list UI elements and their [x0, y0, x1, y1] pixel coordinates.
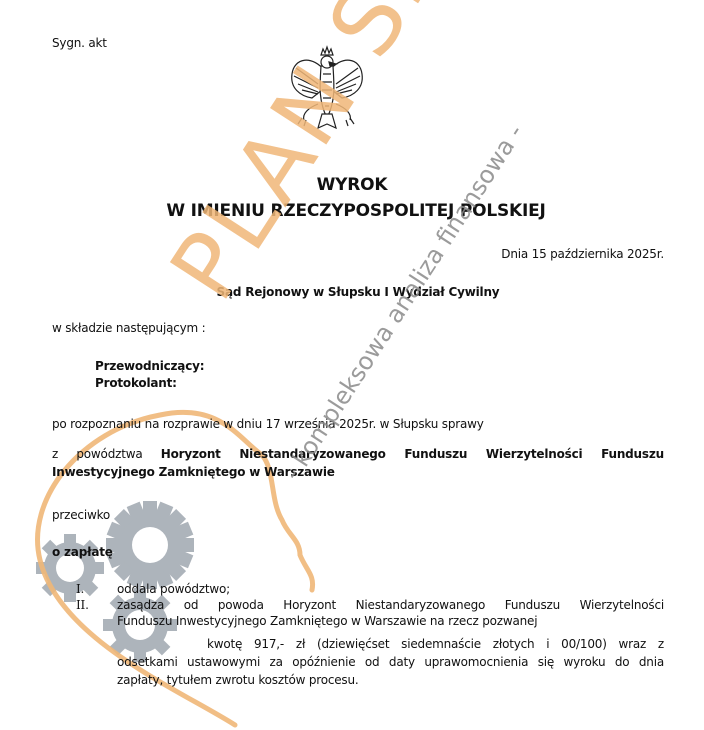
ruling-text-line: zasądza od powoda Horyzont Niestandaryzo… [117, 598, 664, 613]
case-subject: o zapłatę [52, 545, 113, 560]
case-reference-label: Sygn. akt [52, 36, 107, 51]
watermark-brand: PLAN SPŁATY [150, 0, 592, 318]
plaintiff-prefix: z powództwa [52, 447, 142, 461]
court-judgment-page: Sygn. akt WYROK W IMIENIU RZECZYPOSPOLIT… [0, 0, 704, 730]
plaintiff-name-line1: Horyzont Niestandaryzowanego Funduszu Wi… [161, 447, 664, 461]
presiding-judge-label: Przewodniczący: [95, 359, 204, 374]
ruling-number: II. [76, 598, 89, 613]
court-clerk-label: Protokolant: [95, 376, 177, 391]
ruling-text: oddala powództwo; [117, 582, 230, 597]
document-subtitle: W IMIENIU RZECZYPOSPOLITEJ POLSKIEJ [0, 200, 704, 222]
document-title: WYROK [0, 174, 704, 196]
plaintiff-line: z powództwa Horyzont Niestandaryzowanego… [52, 447, 664, 462]
plaintiff-name-line2: Inwestycyjnego Zamkniętego w Warszawie [52, 465, 335, 480]
composition-intro: w składzie następującym : [52, 321, 206, 336]
ruling-text-line: zapłaty, tytułem zwrotu kosztów procesu. [117, 673, 359, 688]
hearing-text: po rozpoznaniu na rozprawie w dniu 17 wr… [52, 417, 484, 432]
polish-eagle-emblem-icon [288, 44, 366, 132]
ruling-text-line: kwotę 917,- zł (dziewięćset siedemnaście… [207, 637, 664, 652]
court-name: Sąd Rejonowy w Słupsku I Wydział Cywilny [0, 285, 704, 300]
against-label: przeciwko [52, 508, 110, 523]
judgment-date: Dnia 15 października 2025r. [501, 247, 664, 262]
ruling-text-line: Funduszu Inwestycyjnego Zamkniętego w Wa… [117, 614, 587, 629]
ruling-number: I. [76, 582, 84, 597]
ruling-text-line: odsetkami ustawowymi za opóźnienie od da… [117, 655, 664, 670]
